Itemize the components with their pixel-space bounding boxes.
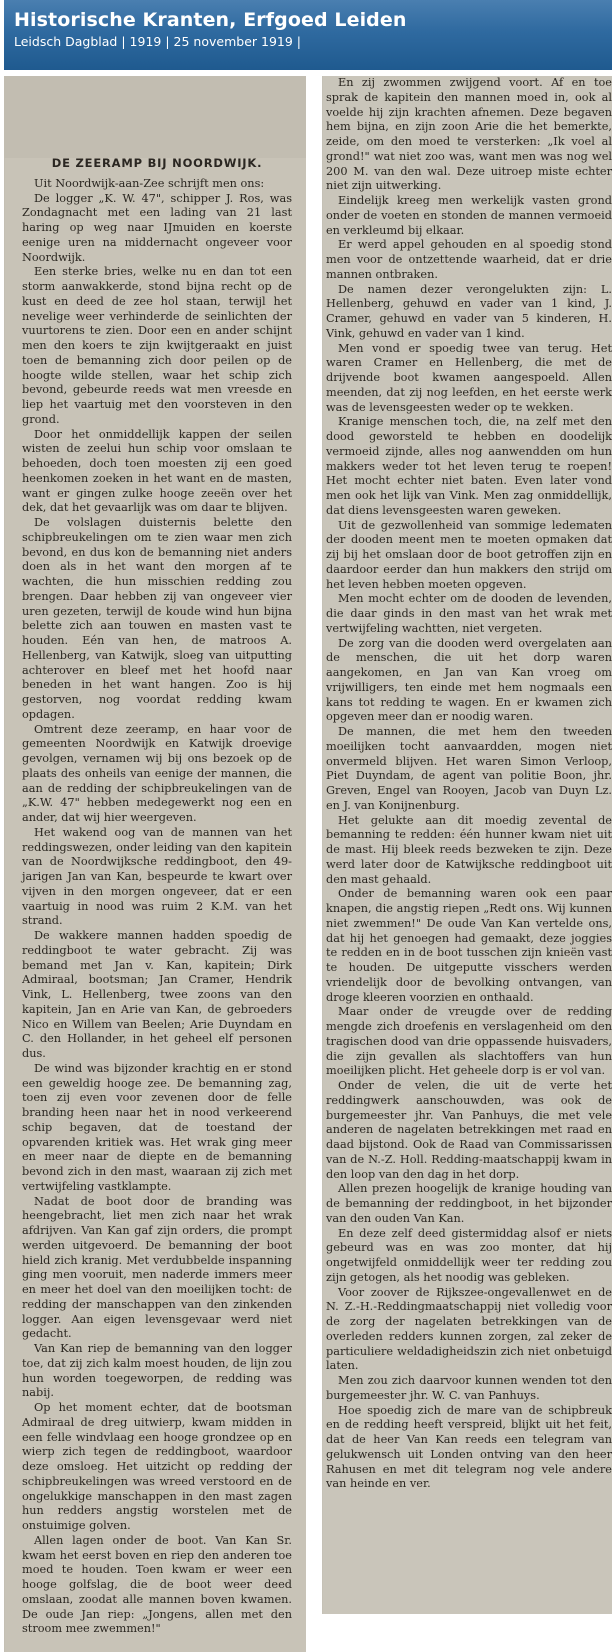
- article-paragraph: De wakkere mannen hadden spoedig de redd…: [22, 929, 292, 1062]
- article-paragraph: Van Kan riep de bemanning van den logger…: [22, 1342, 292, 1401]
- article-paragraph: Men zou zich daarvoor kunnen wenden tot …: [326, 1374, 612, 1404]
- article-paragraph: Men vond er spoedig twee van terug. Het …: [326, 342, 612, 416]
- article-paragraph: Er werd appel gehouden en al spoedig sto…: [326, 238, 612, 282]
- breadcrumb-date[interactable]: 25 november 1919: [174, 34, 293, 49]
- scan-margin: [4, 76, 306, 158]
- site-header: Historische Kranten, Erfgoed Leiden Leid…: [4, 0, 612, 70]
- article-paragraph: De zorg van die dooden werd overgelaten …: [326, 637, 612, 726]
- article-headline: DE ZEERAMP BIJ NOORDWIJK.: [22, 156, 292, 171]
- article-paragraph: Men mocht echter om de dooden de levende…: [326, 592, 612, 636]
- article-paragraph: De mannen, die met hem den tweeden moeil…: [326, 725, 612, 814]
- article-paragraph: De volslagen duisternis belette den schi…: [22, 516, 292, 723]
- breadcrumb-separator: |: [297, 34, 301, 49]
- article-body-right: En zij zwommen zwijgend voort. Af en toe…: [326, 76, 612, 1492]
- article-paragraph: Allen lagen onder de boot. Van Kan Sr. k…: [22, 1534, 292, 1637]
- breadcrumb-newspaper[interactable]: Leidsch Dagblad: [14, 34, 117, 49]
- article-paragraph: De logger „K. W. 47", schipper J. Ros, w…: [22, 192, 292, 266]
- article-paragraph: Eindelijk kreeg men werkelijk vasten gro…: [326, 194, 612, 238]
- article-paragraph: Op het moment echter, dat de bootsman Ad…: [22, 1401, 292, 1534]
- breadcrumb-separator: |: [165, 34, 169, 49]
- article-paragraph: Onder de bemanning waren ook een paar kn…: [326, 887, 612, 1005]
- article-paragraph: Een sterke bries, welke nu en dan tot ee…: [22, 265, 292, 427]
- article-body-left: Uit Noordwijk-aan-Zee schrijft men ons:D…: [22, 177, 292, 1637]
- article-paragraph: Door het onmiddellijk kappen der seilen …: [22, 428, 292, 517]
- article-paragraph: Nadat de boot door de branding was heeng…: [22, 1195, 292, 1343]
- article-column-left: DE ZEERAMP BIJ NOORDWIJK. Uit Noordwijk-…: [4, 76, 306, 1652]
- article-paragraph: De namen dezer verongelukten zijn: L. He…: [326, 283, 612, 342]
- article-paragraph: Uit Noordwijk-aan-Zee schrijft men ons:: [22, 177, 292, 192]
- article-paragraph: En zij zwommen zwijgend voort. Af en toe…: [326, 76, 612, 194]
- article-paragraph: Omtrent deze zeeramp, en haar voor de ge…: [22, 723, 292, 826]
- breadcrumb: Leidsch Dagblad | 1919 | 25 november 191…: [14, 33, 602, 51]
- article-paragraph: Onder de velen, die uit de verte het red…: [326, 1079, 612, 1182]
- article-paragraph: Maar onder de vreugde over de redding me…: [326, 1005, 612, 1079]
- article-paragraph: Voor zoover de Rijkszee-ongevallenwet en…: [326, 1286, 612, 1375]
- article-column-right: En zij zwommen zwijgend voort. Af en toe…: [322, 76, 612, 1614]
- article-paragraph: Het gelukte aan dit moedig zevental de b…: [326, 814, 612, 888]
- article-paragraph: Uit de gezwollenheid van sommige ledemat…: [326, 519, 612, 593]
- breadcrumb-year[interactable]: 1919: [130, 34, 162, 49]
- site-title[interactable]: Historische Kranten, Erfgoed Leiden: [14, 8, 602, 32]
- article-paragraph: Het wakend oog van de mannen van het red…: [22, 826, 292, 929]
- article-paragraph: Hoe spoedig zich de mare van de schipbre…: [326, 1404, 612, 1493]
- article-paragraph: Kranige menschen toch, die, na zelf met …: [326, 415, 612, 518]
- article-paragraph: Allen prezen hoogelijk de kranige houdin…: [326, 1182, 612, 1226]
- article-paragraph: De wind was bijzonder krachtig en er sto…: [22, 1062, 292, 1195]
- article-paragraph: En deze zelf deed gistermiddag alsof er …: [326, 1227, 612, 1286]
- breadcrumb-separator: |: [121, 34, 125, 49]
